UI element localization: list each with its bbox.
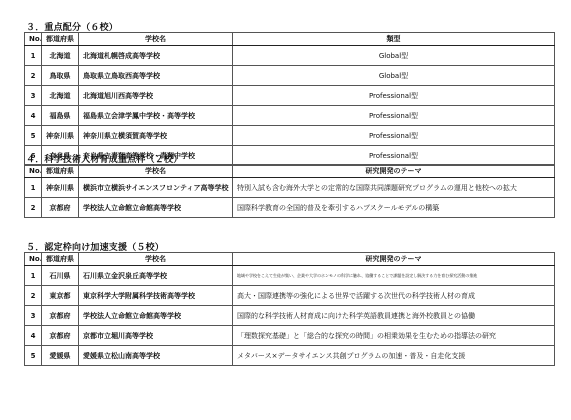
table-row: 1 石川県 石川県立金沢泉丘高等学校 地域や学校をこえて生徒が集い、企業や大学の… (25, 266, 555, 286)
table-row: 2 京都府 学校法人立命館立命館高等学校 国際科学教育の全国的普及を牽引するハブ… (25, 198, 555, 218)
row-prefecture: 京都府 (42, 306, 79, 326)
table-row: 3 北海道 北海道旭川西高等学校 Professional型 (25, 86, 555, 106)
row-type: Professional型 (233, 106, 555, 126)
header-research-theme: 研究開発のテーマ (233, 165, 555, 178)
header-no: No. (25, 33, 42, 46)
row-research-theme: 国際科学教育の全国的普及を牽引するハブスクールモデルの構築 (233, 198, 555, 218)
row-type: Professional型 (233, 146, 555, 166)
row-school: 学校法人立命館立命館高等学校 (79, 306, 233, 326)
table-row: 4 福島県 福島県立会津学鳳中学校・高等学校 Professional型 (25, 106, 555, 126)
header-school: 学校名 (79, 253, 233, 266)
header-prefecture: 都道府県 (42, 253, 79, 266)
row-school: 京都市立堀川高等学校 (79, 326, 233, 346)
table-header-row: No. 都道府県 学校名 研究開発のテーマ (25, 165, 555, 178)
focus-allocation-table: No. 都道府県 学校名 類型 1 北海道 北海道札幌啓成高等学校 Global… (24, 32, 555, 166)
accreditation-acceleration-table: No. 都道府県 学校名 研究開発のテーマ 1 石川県 石川県立金沢泉丘高等学校… (24, 252, 555, 366)
row-prefecture: 神奈川県 (42, 178, 79, 198)
row-prefecture: 北海道 (42, 86, 79, 106)
row-school: 神奈川県立横須賀高等学校 (79, 126, 233, 146)
header-prefecture: 都道府県 (42, 33, 79, 46)
header-prefecture: 都道府県 (42, 165, 79, 178)
row-no: 4 (25, 106, 42, 126)
row-school: 横浜市立横浜サイエンスフロンティア高等学校 (79, 178, 233, 198)
row-no: 5 (25, 126, 42, 146)
row-no: 1 (25, 178, 42, 198)
row-school: 学校法人立命館立命館高等学校 (79, 198, 233, 218)
row-prefecture: 愛媛県 (42, 346, 79, 366)
row-no: 3 (25, 306, 42, 326)
row-type: Global型 (233, 66, 555, 86)
row-type: Professional型 (233, 86, 555, 106)
row-school: 北海道札幌啓成高等学校 (79, 46, 233, 66)
header-research-theme: 研究開発のテーマ (233, 253, 555, 266)
header-type: 類型 (233, 33, 555, 46)
row-prefecture: 福島県 (42, 106, 79, 126)
row-research-theme: 高大・国際連携等の強化による世界で活躍する次世代の科学技術人材の育成 (233, 286, 555, 306)
row-type: Global型 (233, 46, 555, 66)
row-prefecture: 鳥取県 (42, 66, 79, 86)
row-school: 鳥取県立鳥取西高等学校 (79, 66, 233, 86)
header-no: No. (25, 253, 42, 266)
table-row: 1 神奈川県 横浜市立横浜サイエンスフロンティア高等学校 特別入試も含む海外大学… (25, 178, 555, 198)
row-prefecture: 北海道 (42, 46, 79, 66)
row-school: 愛媛県立松山南高等学校 (79, 346, 233, 366)
row-prefecture: 京都府 (42, 326, 79, 346)
row-no: 5 (25, 346, 42, 366)
row-prefecture: 石川県 (42, 266, 79, 286)
table-row: 2 東京都 東京科学大学附属科学技術高等学校 高大・国際連携等の強化による世界で… (25, 286, 555, 306)
row-research-theme: 地域や学校をこえて生徒が集い、企業や大学のホンモノの科学に触れ、協働することで課… (233, 266, 555, 286)
row-school: 福島県立会津学鳳中学校・高等学校 (79, 106, 233, 126)
row-no: 4 (25, 326, 42, 346)
table-header-row: No. 都道府県 学校名 類型 (25, 33, 555, 46)
row-no: 1 (25, 266, 42, 286)
row-no: 2 (25, 286, 42, 306)
row-prefecture: 神奈川県 (42, 126, 79, 146)
header-school: 学校名 (79, 165, 233, 178)
row-no: 2 (25, 66, 42, 86)
row-research-theme: 国際的な科学技術人材育成に向けた科学英語教員連携と海外校教員との協働 (233, 306, 555, 326)
table-row: 4 京都府 京都市立堀川高等学校 「理数探究基礎」と「総合的な探究の時間」の相乗… (25, 326, 555, 346)
row-type: Professional型 (233, 126, 555, 146)
header-no: No. (25, 165, 42, 178)
row-no: 3 (25, 86, 42, 106)
row-school: 東京科学大学附属科学技術高等学校 (79, 286, 233, 306)
table-header-row: No. 都道府県 学校名 研究開発のテーマ (25, 253, 555, 266)
row-no: 2 (25, 198, 42, 218)
row-research-theme: メタバース×データサイエンス共創プログラムの加速・普及・自走化支援 (233, 346, 555, 366)
table-row: 2 鳥取県 鳥取県立鳥取西高等学校 Global型 (25, 66, 555, 86)
science-talent-priority-table: No. 都道府県 学校名 研究開発のテーマ 1 神奈川県 横浜市立横浜サイエンス… (24, 164, 555, 218)
row-school: 北海道旭川西高等学校 (79, 86, 233, 106)
table-row: 5 神奈川県 神奈川県立横須賀高等学校 Professional型 (25, 126, 555, 146)
header-school: 学校名 (79, 33, 233, 46)
table-row: 5 愛媛県 愛媛県立松山南高等学校 メタバース×データサイエンス共創プログラムの… (25, 346, 555, 366)
row-prefecture: 京都府 (42, 198, 79, 218)
row-research-theme: 「理数探究基礎」と「総合的な探究の時間」の相乗効果を生むための指導法の研究 (233, 326, 555, 346)
row-prefecture: 東京都 (42, 286, 79, 306)
row-research-theme: 特別入試も含む海外大学との定常的な国際共同課題研究プログラムの運用と他校への拡大 (233, 178, 555, 198)
row-school: 石川県立金沢泉丘高等学校 (79, 266, 233, 286)
table-row: 3 京都府 学校法人立命館立命館高等学校 国際的な科学技術人材育成に向けた科学英… (25, 306, 555, 326)
row-no: 1 (25, 46, 42, 66)
table-row: 1 北海道 北海道札幌啓成高等学校 Global型 (25, 46, 555, 66)
